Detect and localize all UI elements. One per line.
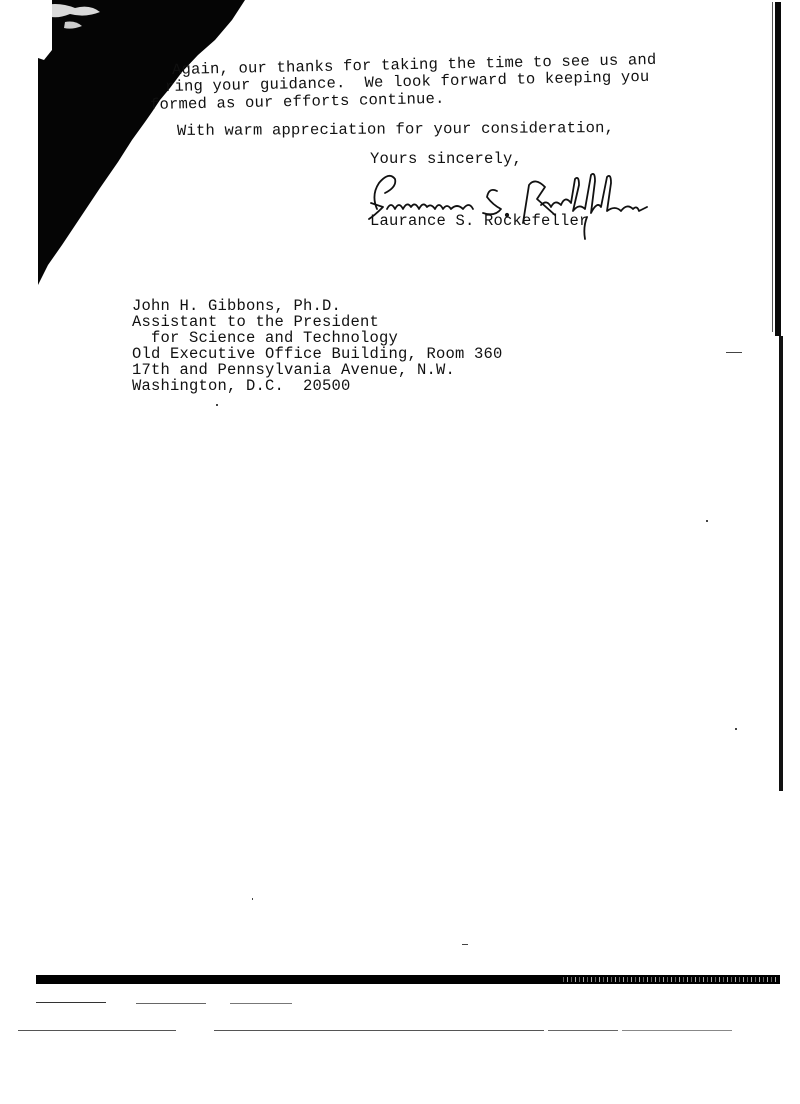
bottom-rule-6	[548, 1030, 618, 1031]
bottom-rule-5	[214, 1030, 544, 1031]
recipient-address-3: Washington, D.C. 20500	[132, 378, 351, 394]
bottom-rule-4	[18, 1030, 176, 1031]
scan-edge-bar	[775, 2, 781, 336]
recipient-name: John H. Gibbons, Ph.D.	[132, 298, 341, 314]
bottom-rule-7	[622, 1030, 732, 1031]
recipient-address-2: 17th and Pennsylvania Avenue, N.W.	[132, 362, 455, 378]
speck	[706, 520, 708, 522]
bottom-rule-2	[136, 1003, 206, 1004]
speck	[735, 728, 737, 730]
speck	[462, 944, 468, 945]
scan-edge-bar-lower	[779, 336, 783, 791]
recipient-title-2: for Science and Technology	[132, 330, 398, 346]
appreciation-line: With warm appreciation for your consider…	[177, 120, 614, 139]
bottom-scan-bar-texture	[560, 977, 778, 982]
speck	[252, 898, 253, 900]
bottom-rule-1	[36, 1002, 106, 1003]
document-page: Again, our thanks for taking the time to…	[0, 0, 800, 1104]
body-line-3: formed as our efforts continue.	[150, 91, 445, 113]
scan-mark	[726, 352, 742, 353]
signature-name: Laurance S. Rockefeller	[370, 213, 589, 229]
scan-edge-line	[772, 2, 773, 332]
recipient-title-1: Assistant to the President	[132, 314, 379, 330]
recipient-address-1: Old Executive Office Building, Room 360	[132, 346, 503, 362]
bottom-rule-3	[230, 1003, 292, 1004]
speck	[216, 404, 218, 406]
